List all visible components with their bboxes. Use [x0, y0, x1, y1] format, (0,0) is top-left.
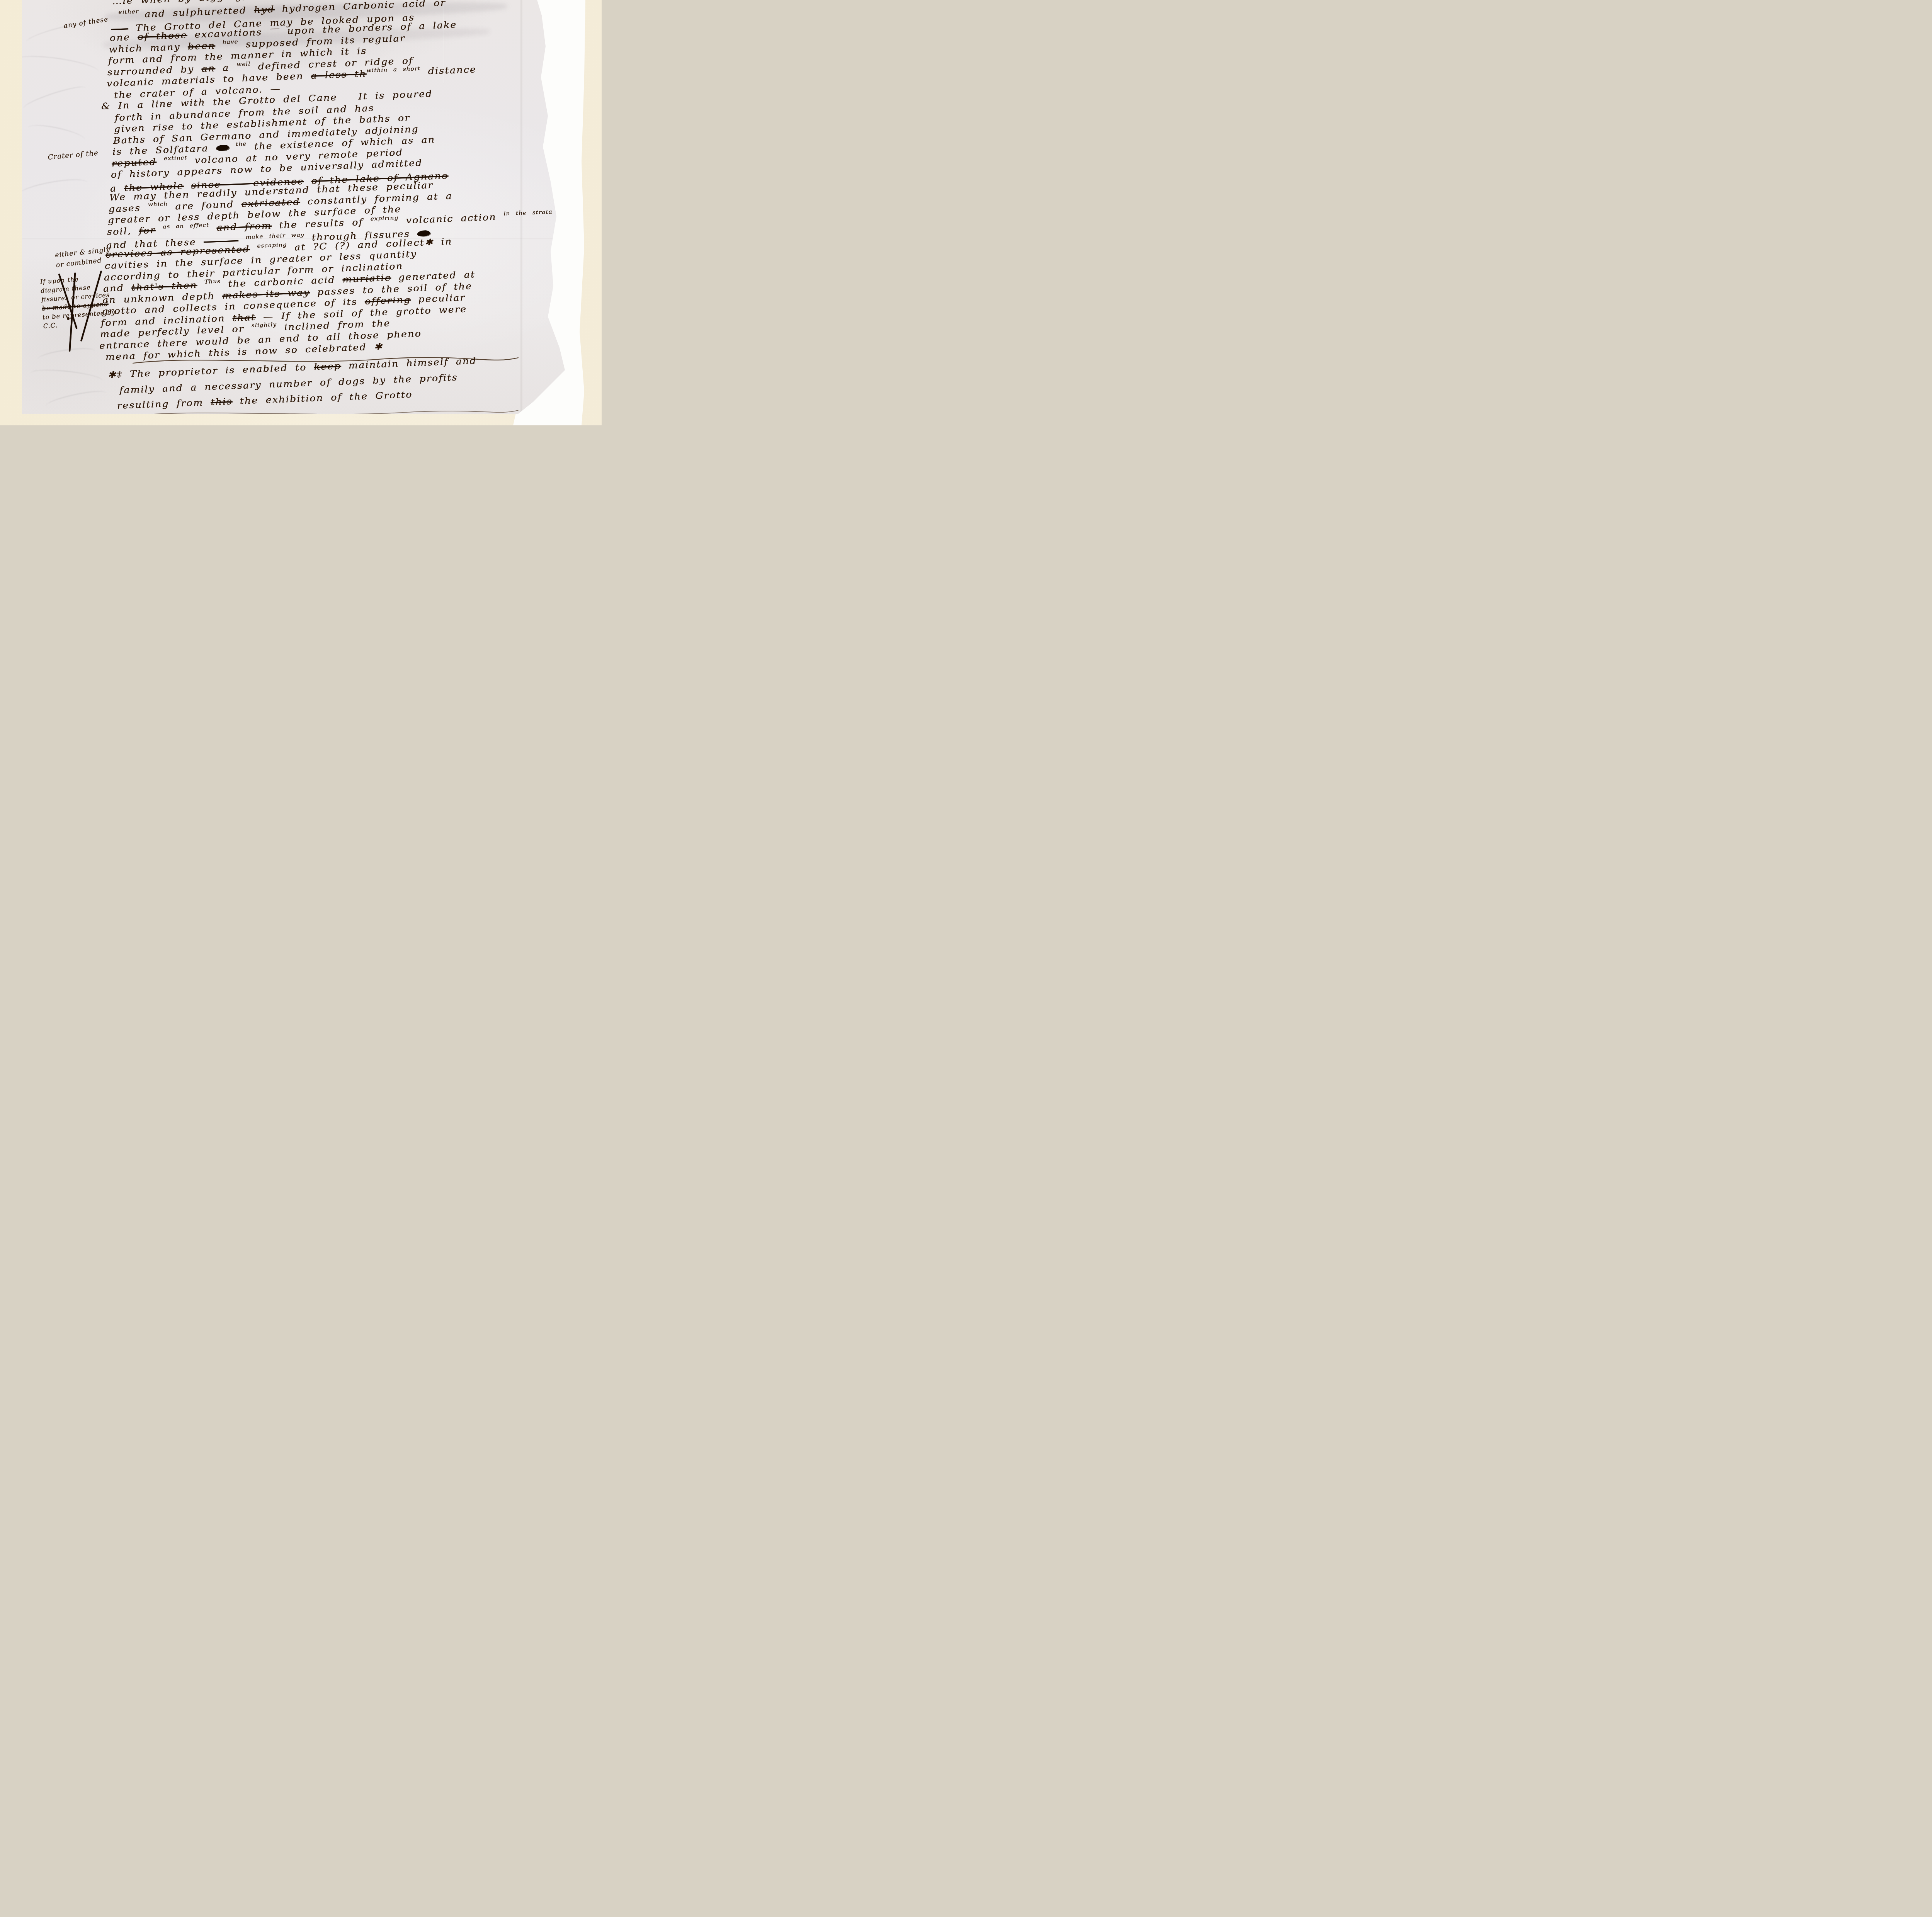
note-either-singly: either & singlyor combined: [54, 245, 112, 270]
ink-dot: [68, 304, 71, 307]
scanned-manuscript-page: …le when by digging, a way — ⸺either and…: [0, 0, 602, 425]
margin-note-line: any of these: [63, 15, 109, 31]
ink-dot: [67, 317, 70, 320]
note-any-of-these: any of these: [63, 15, 109, 31]
manuscript-text-layer: …le when by digging, a way — ⸺either and…: [22, 0, 571, 417]
ink-blot: [216, 144, 229, 151]
note-crossed-block: If upon thediagram thesefissures or crev…: [40, 272, 116, 331]
margin-note-line: Crater of the: [48, 148, 99, 162]
ink-blot: [417, 230, 430, 236]
note-crater-of-the: Crater of the: [48, 148, 99, 162]
manuscript-paper-sheet: …le when by digging, a way — ⸺either and…: [22, 0, 571, 417]
